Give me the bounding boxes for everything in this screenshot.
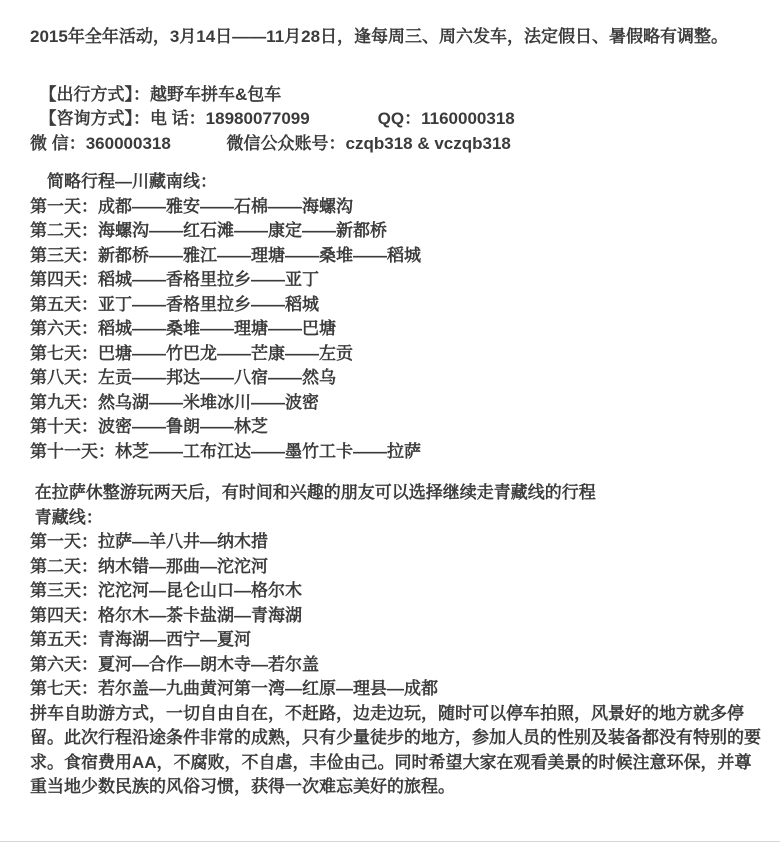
south-route-block: 简略行程—川藏南线： 第一天：成都——雅安——石棉——海螺沟 第二天：海螺沟——… xyxy=(30,170,762,464)
qinghai-route-title: 青藏线： xyxy=(30,506,762,531)
south-day-4: 第四天：稻城——香格里拉乡——亚丁 xyxy=(30,268,762,293)
qinghai-day-4: 第四天：格尔木—茶卡盐湖—青海湖 xyxy=(30,604,762,629)
qinghai-day-2: 第二天：纳木错—那曲—沱沱河 xyxy=(30,555,762,580)
bottom-divider-line xyxy=(0,841,780,842)
south-day-9: 第九天：然乌湖——米堆冰川——波密 xyxy=(30,391,762,416)
south-route-title: 简略行程—川藏南线： xyxy=(30,170,762,195)
south-day-1: 第一天：成都——雅安——石棉——海螺沟 xyxy=(30,195,762,220)
schedule-summary-line: 2015年全年活动，3月14日——11月28日，逢每周三、周六发车，法定假日、暑… xyxy=(30,25,762,50)
qinghai-day-5: 第五天：青海湖—西宁—夏河 xyxy=(30,628,762,653)
south-day-11: 第十一天：林芝——工布江达——墨竹工卡——拉萨 xyxy=(30,440,762,465)
contact-block: 【出行方式】：越野车拼车&包车 【咨询方式】：电 话：18980077099 Q… xyxy=(30,83,762,157)
qinghai-day-1: 第一天：拉萨—羊八井—纳木措 xyxy=(30,530,762,555)
qinghai-day-7: 第七天：若尔盖—九曲黄河第一湾—红原—理县—成都 xyxy=(30,677,762,702)
qinghai-intro-line: 在拉萨休整游玩两天后，有时间和兴趣的朋友可以选择继续走青藏线的行程 xyxy=(30,481,762,506)
south-day-8: 第八天：左贡——邦达——八宿——然乌 xyxy=(30,366,762,391)
wechat-line: 微 信：360000318 微信公众账号：czqb318 & vczqb318 xyxy=(30,132,762,157)
qinghai-day-6: 第六天：夏河—合作—朗木寺—若尔盖 xyxy=(30,653,762,678)
travel-mode-line: 【出行方式】：越野车拼车&包车 xyxy=(30,83,762,108)
closing-paragraph: 拼车自助游方式，一切自由自在，不赶路，边走边玩，随时可以停车拍照，风景好的地方就… xyxy=(30,702,762,800)
south-day-7: 第七天：巴塘——竹巴龙——芒康——左贡 xyxy=(30,342,762,367)
south-day-2: 第二天：海螺沟——红石滩——康定——新都桥 xyxy=(30,219,762,244)
qinghai-day-3: 第三天：沱沱河—昆仑山口—格尔木 xyxy=(30,579,762,604)
south-day-6: 第六天：稻城——桑堆——理塘——巴塘 xyxy=(30,317,762,342)
consult-phone-qq-line: 【咨询方式】：电 话：18980077099 QQ：1160000318 xyxy=(30,107,762,132)
south-day-10: 第十天：波密——鲁朗——林芝 xyxy=(30,415,762,440)
south-day-3: 第三天：新都桥——雅江——理塘——桑堆——稻城 xyxy=(30,244,762,269)
south-day-5: 第五天：亚丁——香格里拉乡——稻城 xyxy=(30,293,762,318)
qinghai-route-block: 在拉萨休整游玩两天后，有时间和兴趣的朋友可以选择继续走青藏线的行程 青藏线： 第… xyxy=(30,481,762,702)
travel-post-document: 2015年全年活动，3月14日——11月28日，逢每周三、周六发车，法定假日、暑… xyxy=(0,0,780,847)
